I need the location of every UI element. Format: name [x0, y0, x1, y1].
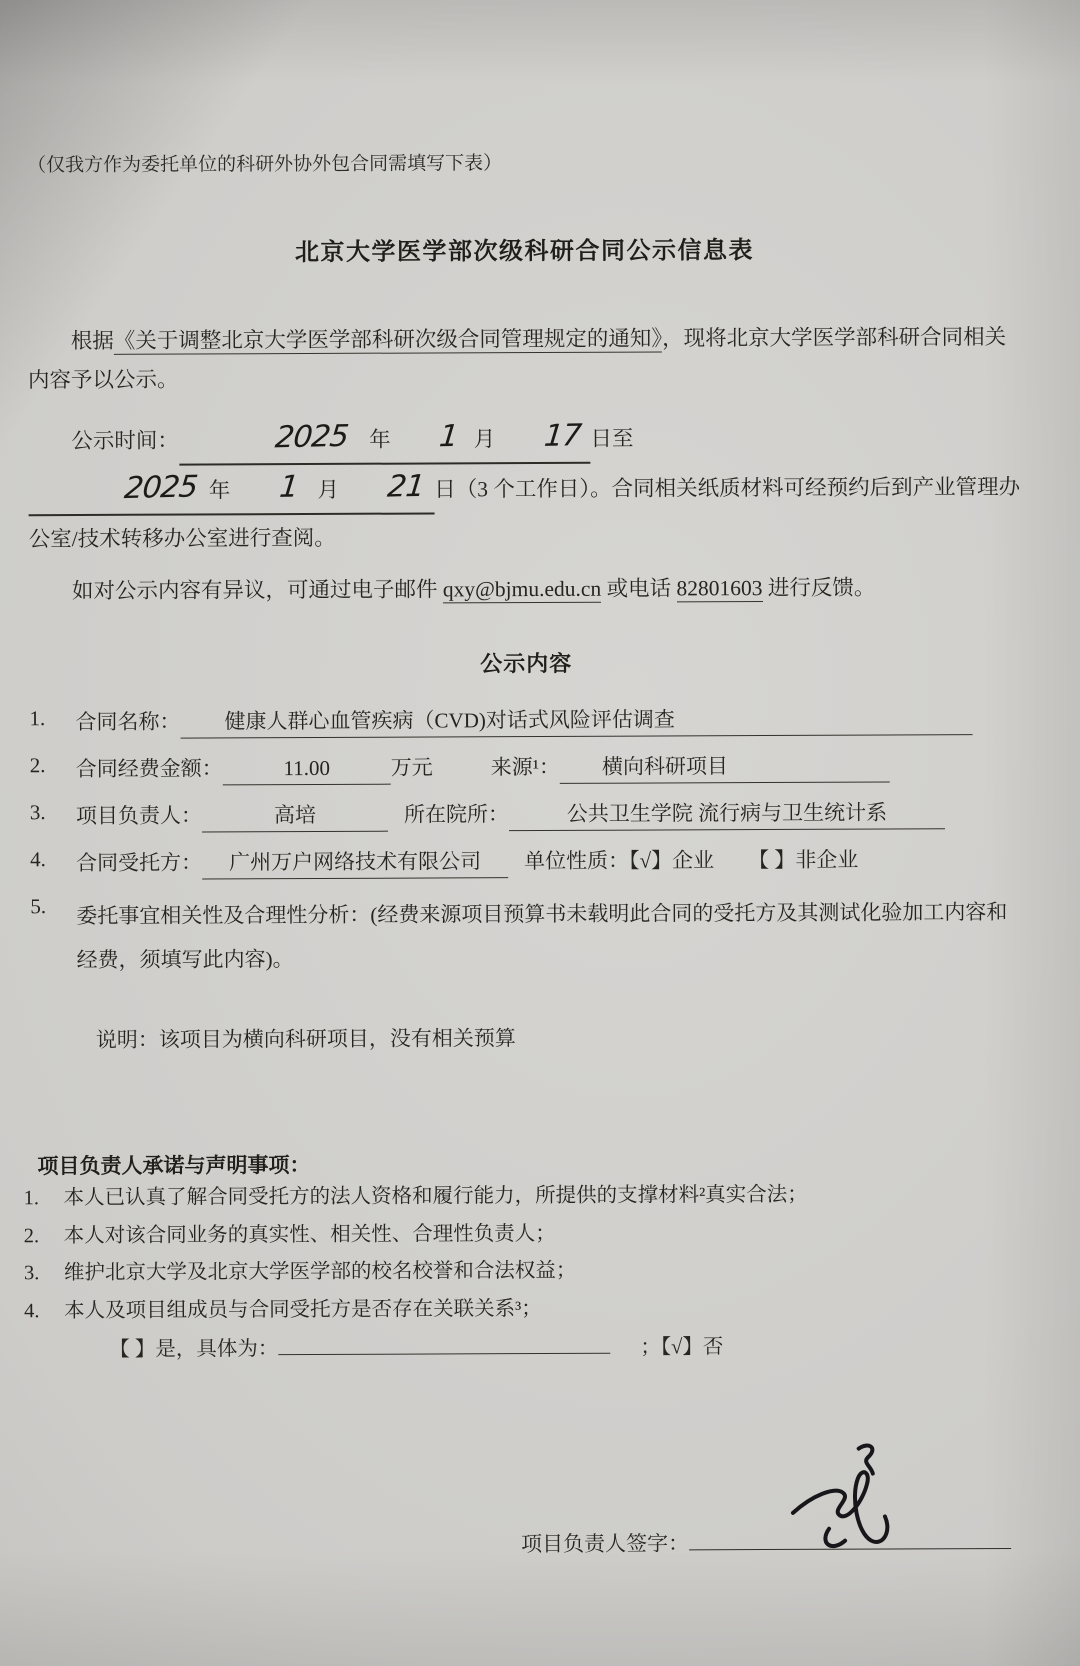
- declaration-number: 3.: [14, 1255, 64, 1293]
- handwritten-start-day: 17: [499, 413, 583, 461]
- period-start-blank: 2025年1月17: [179, 414, 591, 466]
- content-list: 1. 合同名称：健康人群心血管疾病（CVD)对话式风险评估调查 2. 合同经费金…: [29, 702, 1024, 982]
- item-label: 合同经费金额：: [76, 756, 223, 781]
- intro-prefix: 根据: [71, 329, 114, 353]
- item-number: 1.: [29, 706, 75, 739]
- unit-month-2: 月: [317, 478, 339, 502]
- feedback-suffix: 进行反馈。: [762, 576, 875, 600]
- feedback-email: qxy@bjmu.edu.cn: [443, 577, 601, 604]
- feedback-phone: 82801603: [676, 576, 762, 602]
- declaration-text: 维护北京大学及北京大学医学部的校名校誉和合法权益；: [64, 1251, 1026, 1293]
- checkbox-enterprise-checked: 【√】企业: [629, 848, 714, 872]
- top-note: （仅我方作为委托单位的科研外协外包合同需填写下表）: [27, 146, 1021, 177]
- item-contractor: 4. 合同受托方：广州万户网络技术有限公司单位性质：【√】企业【 】非企业: [30, 843, 1024, 880]
- scanned-document-photo: （仅我方作为委托单位的科研外协外包合同需填写下表） 北京大学医学部次级科研合同公…: [0, 0, 1080, 1666]
- handwritten-start-year: 2025: [229, 414, 349, 463]
- amount-unit: 万元: [391, 755, 433, 779]
- feedback-middle: 或电话: [601, 576, 676, 600]
- declaration-text: 本人及项目组成员与合同受托方是否存在关联关系³；: [64, 1288, 1026, 1330]
- item-label: 项目负责人：: [76, 803, 202, 828]
- source-label: 来源¹：: [491, 755, 560, 779]
- intro-paragraph: 根据《关于调整北京大学医学部科研次级合同管理规定的通知》，现将北京大学医学部科研…: [28, 318, 1022, 400]
- item-number: 2.: [30, 753, 76, 786]
- entity-type-label: 单位性质：: [524, 849, 629, 873]
- declaration-text: 本人已认真了解合同受托方的法人资格和履行能力，所提供的支撑材料²真实合法；: [64, 1176, 1026, 1218]
- item-label: 合同名称：: [75, 710, 180, 734]
- item-label: 委托事宜相关性及合理性分析：: [76, 903, 370, 928]
- document-sheet: （仅我方作为委托单位的科研外协外包合同需填写下表） 北京大学医学部次级科研合同公…: [0, 0, 1080, 1666]
- feedback-paragraph: 如对公示内容有异议，可通过电子邮件 qxy@bjmu.edu.cn 或电话 82…: [29, 568, 1023, 611]
- institute-value: 公共卫生学院 流行病与卫生统计系: [509, 796, 945, 831]
- declaration-item: 1. 本人已认真了解合同受托方的法人资格和履行能力，所提供的支撑材料²真实合法；: [14, 1176, 1026, 1218]
- declaration-item: 3. 维护北京大学及北京大学医学部的校名校誉和合法权益；: [14, 1251, 1026, 1293]
- declaration-number: 2.: [14, 1218, 64, 1256]
- relation-answer-line: 【 】是，具体为：；【√】否: [109, 1326, 1026, 1370]
- regulation-title: 《关于调整北京大学医学部科研次级合同管理规定的通知》: [114, 326, 662, 354]
- relation-yes-option: 【 】是，具体为：: [109, 1338, 278, 1361]
- leader-value: 高培: [202, 799, 388, 833]
- document-title: 北京大学医学部次级科研合同公示信息表: [27, 229, 1021, 268]
- unit-year-2: 年: [209, 478, 231, 502]
- item-project-leader: 3. 项目负责人：高培所在院所：公共卫生学院 流行病与卫生统计系: [30, 796, 1024, 833]
- period-to: 日至: [590, 427, 633, 451]
- remark-line: 说明：该项目为横向科研项目，没有相关预算: [96, 1020, 1025, 1054]
- source-value: 横向科研项目: [560, 749, 890, 783]
- publicity-period-paragraph: 公示时间：2025年1月17日至2025年1月21日（3 个工作日）。合同相关纸…: [28, 412, 1023, 562]
- handwritten-end-month: 1: [234, 465, 300, 512]
- feedback-prefix: 如对公示内容有异议，可通过电子邮件: [72, 577, 443, 603]
- declaration-number: 4.: [14, 1293, 64, 1331]
- handwritten-end-day: 21: [343, 464, 427, 512]
- checkbox-non-enterprise-unchecked: 【 】非企业: [748, 848, 858, 872]
- handwritten-start-month: 1: [394, 414, 460, 461]
- contractor-value: 广州万户网络技术有限公司: [202, 845, 508, 879]
- institute-label: 所在院所：: [404, 802, 509, 826]
- period-label: 公示时间：: [71, 429, 179, 453]
- unit-month: 月: [474, 427, 496, 451]
- item-number: 5.: [30, 894, 76, 982]
- item-contract-name: 1. 合同名称：健康人群心血管疾病（CVD)对话式风险评估调查: [29, 702, 1023, 739]
- content-heading: 公示内容: [29, 645, 1023, 680]
- handwritten-end-year: 2025: [79, 464, 199, 513]
- period-end-blank: 2025年1月21: [28, 464, 434, 516]
- amount-value: 11.00: [223, 752, 391, 786]
- relation-details-blank: [278, 1353, 610, 1355]
- unit-year: 年: [369, 428, 391, 452]
- item-number: 4.: [30, 847, 76, 880]
- signature-scribble: [759, 1440, 920, 1567]
- unit-day: 日: [434, 477, 456, 501]
- relation-no-option-checked: ；【√】否: [640, 1336, 723, 1358]
- item-label: 合同受托方：: [76, 850, 202, 875]
- declaration-item: 4. 本人及项目组成员与合同受托方是否存在关联关系³；: [14, 1288, 1026, 1330]
- declaration-item: 2. 本人对该合同业务的真实性、相关性、合理性负责人；: [14, 1213, 1026, 1255]
- contract-name-value: 健康人群心血管疾病（CVD)对话式风险评估调查: [180, 702, 972, 738]
- declaration-section: 项目负责人承诺与声明事项： 1. 本人已认真了解合同受托方的法人资格和履行能力，…: [13, 1146, 1026, 1370]
- signature-label: 项目负责人签字：: [521, 1531, 689, 1556]
- declaration-text: 本人对该合同业务的真实性、相关性、合理性负责人；: [64, 1213, 1026, 1255]
- signature-row: 项目负责人签字：: [33, 1526, 1027, 1560]
- item-rationale-analysis: 5. 委托事宜相关性及合理性分析：(经费来源项目预算书未载明此合同的受托方及其测…: [30, 890, 1024, 982]
- declaration-heading: 项目负责人承诺与声明事项：: [37, 1146, 1025, 1180]
- declaration-number: 1.: [14, 1180, 64, 1218]
- item-number: 3.: [30, 800, 76, 833]
- item-contract-amount: 2. 合同经费金额：11.00万元来源¹：横向科研项目: [30, 749, 1024, 786]
